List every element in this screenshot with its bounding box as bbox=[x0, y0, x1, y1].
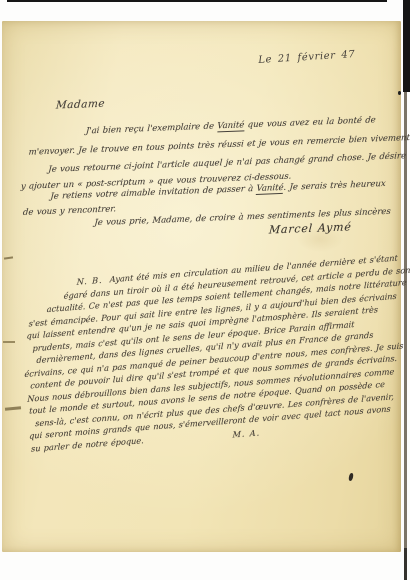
scan-edge-right-top bbox=[403, 0, 410, 92]
paper-speck bbox=[3, 341, 15, 343]
date-line: Le 21 février 47 bbox=[258, 47, 388, 66]
line-text: . Je serais très heureux bbox=[283, 179, 386, 193]
line-text: J'ai bien reçu l'exemplaire de bbox=[86, 121, 218, 136]
postscript-label: N. B. bbox=[77, 275, 103, 287]
signature: Marcel Aymé bbox=[269, 220, 353, 236]
salutation: Madame bbox=[56, 98, 106, 112]
paper-speck bbox=[4, 256, 13, 259]
initials: M. A. bbox=[232, 427, 260, 439]
letter-page: Le 21 février 47 Madame J'ai bien reçu l… bbox=[2, 21, 401, 552]
line-text: que vous avez eu la bonté de bbox=[244, 115, 376, 130]
paper-speck bbox=[5, 406, 21, 410]
handwritten-line: de vous y rencontrer. bbox=[23, 204, 117, 218]
letter-body: Madame J'ai bien reçu l'exemplaire de Va… bbox=[18, 83, 410, 268]
scan-edge-top bbox=[7, 0, 387, 2]
ink-blot bbox=[348, 473, 354, 482]
underlined-title: Vanité bbox=[256, 183, 284, 195]
postscript: N. B.Ayant été mis en circulation au mil… bbox=[20, 252, 410, 470]
handwritten-line: J'ai bien reçu l'exemplaire de Vanité qu… bbox=[86, 115, 376, 136]
underlined-title: Vanité bbox=[217, 120, 245, 132]
scan-edge-right-bottom bbox=[404, 548, 407, 580]
